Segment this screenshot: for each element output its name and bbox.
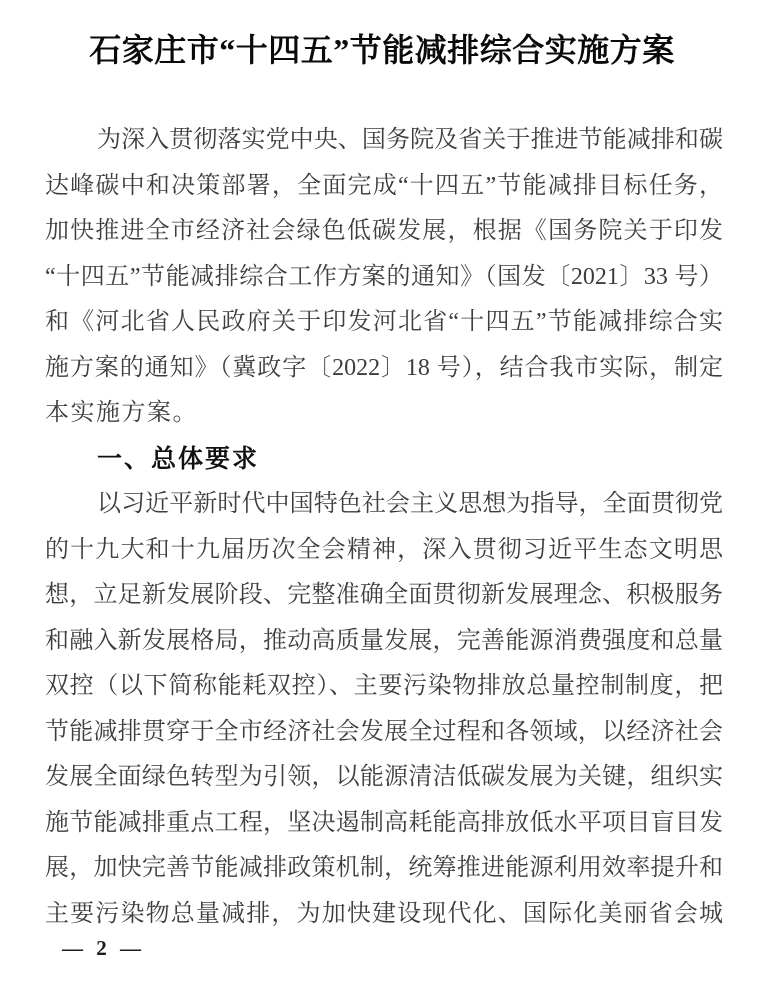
page-number: — 2 — (62, 936, 145, 961)
document-line: 本实施方案。 (45, 391, 723, 437)
document-line: 双控（以下简称能耗双控）、主要污染物排放总量控制制度，把 (45, 664, 723, 710)
document-line: 施方案的通知》（冀政字〔2022〕18 号），结合我市实际，制定 (45, 346, 723, 392)
document-line: 加快推进全市经济社会绿色低碳发展，根据《国务院关于印发 (45, 209, 723, 255)
document-line: 达峰碳中和决策部署，全面完成“十四五”节能减排目标任务， (45, 164, 723, 210)
document-line: 和《河北省人民政府关于印发河北省“十四五”节能减排综合实 (45, 300, 723, 346)
document-line: 为深入贯彻落实党中央、国务院及省关于推进节能减排和碳 (45, 118, 723, 164)
document-line: 主要污染物总量减排，为加快建设现代化、国际化美丽省会城 (45, 892, 723, 938)
document-line: 节能减排贯穿于全市经济社会发展全过程和各领域，以经济社会 (45, 710, 723, 756)
document-body: 为深入贯彻落实党中央、国务院及省关于推进节能减排和碳达峰碳中和决策部署，全面完成… (45, 118, 723, 937)
document-line: “十四五”节能减排综合工作方案的通知》（国发〔2021〕33 号） (45, 255, 723, 301)
document-line: 的十九大和十九届历次全会精神，深入贯彻习近平生态文明思 (45, 528, 723, 574)
document-page: 石家庄市“十四五”节能减排综合实施方案 为深入贯彻落实党中央、国务院及省关于推进… (0, 0, 764, 1003)
document-line: 想，立足新发展阶段、完整准确全面贯彻新发展理念、积极服务 (45, 573, 723, 619)
section-heading: 一、总体要求 (45, 437, 723, 483)
document-line: 展，加快完善节能减排政策机制，统筹推进能源利用效率提升和 (45, 846, 723, 892)
document-line: 施节能减排重点工程，坚决遏制高耗能高排放低水平项目盲目发 (45, 801, 723, 847)
document-line: 以习近平新时代中国特色社会主义思想为指导，全面贯彻党 (45, 482, 723, 528)
document-line: 和融入新发展格局，推动高质量发展，完善能源消费强度和总量 (45, 619, 723, 665)
document-title: 石家庄市“十四五”节能减排综合实施方案 (0, 26, 764, 74)
document-line: 发展全面绿色转型为引领，以能源清洁低碳发展为关键，组织实 (45, 755, 723, 801)
